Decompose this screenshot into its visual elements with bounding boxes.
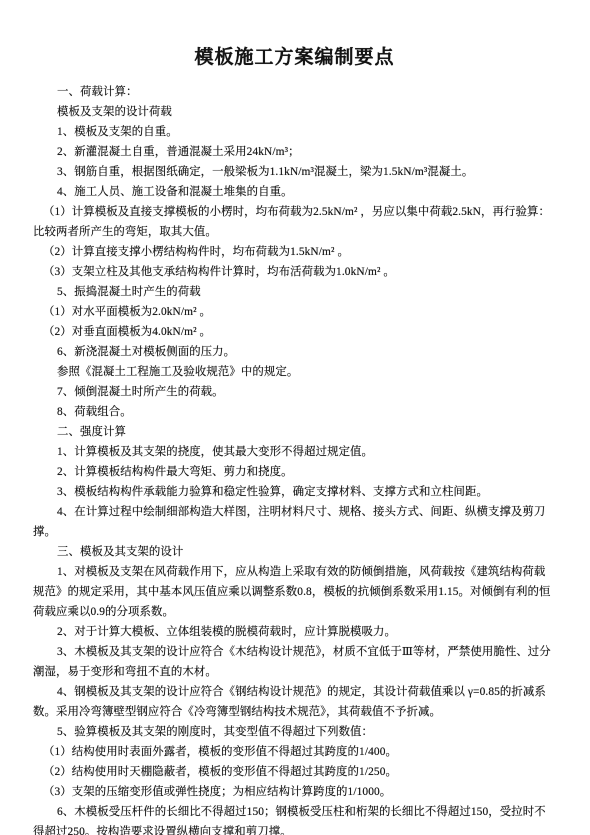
paragraph: （1）计算模板及直接支撑模板的小楞时，均布荷载为2.5kN/m² ，另应以集中荷… [33,202,556,242]
paragraph: 6、新浇混凝土对模板侧面的压力。 [33,342,556,362]
paragraph: （2）计算直接支撑小楞结构构件时，均布荷载为1.5kN/m² 。 [33,242,556,262]
document-page: 模板施工方案编制要点 一、荷载计算：模板及支架的设计荷载1、模板及支架的自重。2… [0,0,590,835]
paragraph: 三、模板及其支架的设计 [33,542,556,562]
paragraph: 2、新灌混凝土自重，普通混凝土采用24kN/m³； [33,142,556,162]
paragraph: 4、钢模板及其支架的设计应符合《钢结构设计规范》的规定，其设计荷载值乘以 γ=0… [33,682,556,722]
paragraph: 1、对模板及支架在风荷载作用下，应从构造上采取有效的防倾倒措施，风荷载按《建筑结… [33,562,556,622]
paragraph: 2、计算模板结构构件最大弯矩、剪力和挠度。 [33,462,556,482]
paragraph: 2、对于计算大模板、立体组装模的脱模荷载时，应计算脱模吸力。 [33,622,556,642]
paragraph: 参照《混凝土工程施工及验收规范》中的规定。 [33,362,556,382]
paragraph: 6、木模板受压杆件的长细比不得超过150；钢模板受压柱和桁架的长细比不得超过15… [33,802,556,835]
paragraph: 3、模板结构构件承载能力验算和稳定性验算，确定支撑材料、支撑方式和立柱间距。 [33,482,556,502]
paragraph: 模板及支架的设计荷载 [33,102,556,122]
paragraph: 5、振捣混凝土时产生的荷载 [33,282,556,302]
paragraph: 一、荷载计算： [33,82,556,102]
paragraph: （1）对水平面模板为2.0kN/m² 。 [33,302,556,322]
paragraph: （2）结构使用时天棚隐蔽者，模板的变形值不得超过其跨度的1/250。 [33,762,556,782]
paragraph: 7、倾倒混凝土时所产生的荷载。 [33,382,556,402]
document-title: 模板施工方案编制要点 [33,45,556,71]
document-body: 一、荷载计算：模板及支架的设计荷载1、模板及支架的自重。2、新灌混凝土自重，普通… [33,82,556,835]
paragraph: 3、钢筋自重，根据图纸确定，一般梁板为1.1kN/m³混凝土，梁为1.5kN/m… [33,162,556,182]
paragraph: （2）对垂直面模板为4.0kN/m² 。 [33,322,556,342]
paragraph: 5、验算模板及其支架的刚度时，其变型值不得超过下列数值： [33,722,556,742]
paragraph: 8、荷载组合。 [33,402,556,422]
paragraph: （3）支架的压缩变形值或弹性挠度；为相应结构计算跨度的1/1000。 [33,782,556,802]
paragraph: （1）结构使用时表面外露者，模板的变形值不得超过其跨度的1/400。 [33,742,556,762]
paragraph: （3）支架立柱及其他支承结构构件计算时，均布活荷载为1.0kN/m² 。 [33,262,556,282]
paragraph: 3、木模板及其支架的设计应符合《木结构设计规范》，材质不宜低于Ⅲ等材，严禁使用脆… [33,642,556,682]
paragraph: 1、模板及支架的自重。 [33,122,556,142]
paragraph: 二、强度计算 [33,422,556,442]
paragraph: 4、施工人员、施工设备和混凝土堆集的自重。 [33,182,556,202]
paragraph: 1、计算模板及其支架的挠度，使其最大变形不得超过规定值。 [33,442,556,462]
paragraph: 4、在计算过程中绘制细部构造大样图，注明材料尺寸、规格、接头方式、间距、纵横支撑… [33,502,556,542]
